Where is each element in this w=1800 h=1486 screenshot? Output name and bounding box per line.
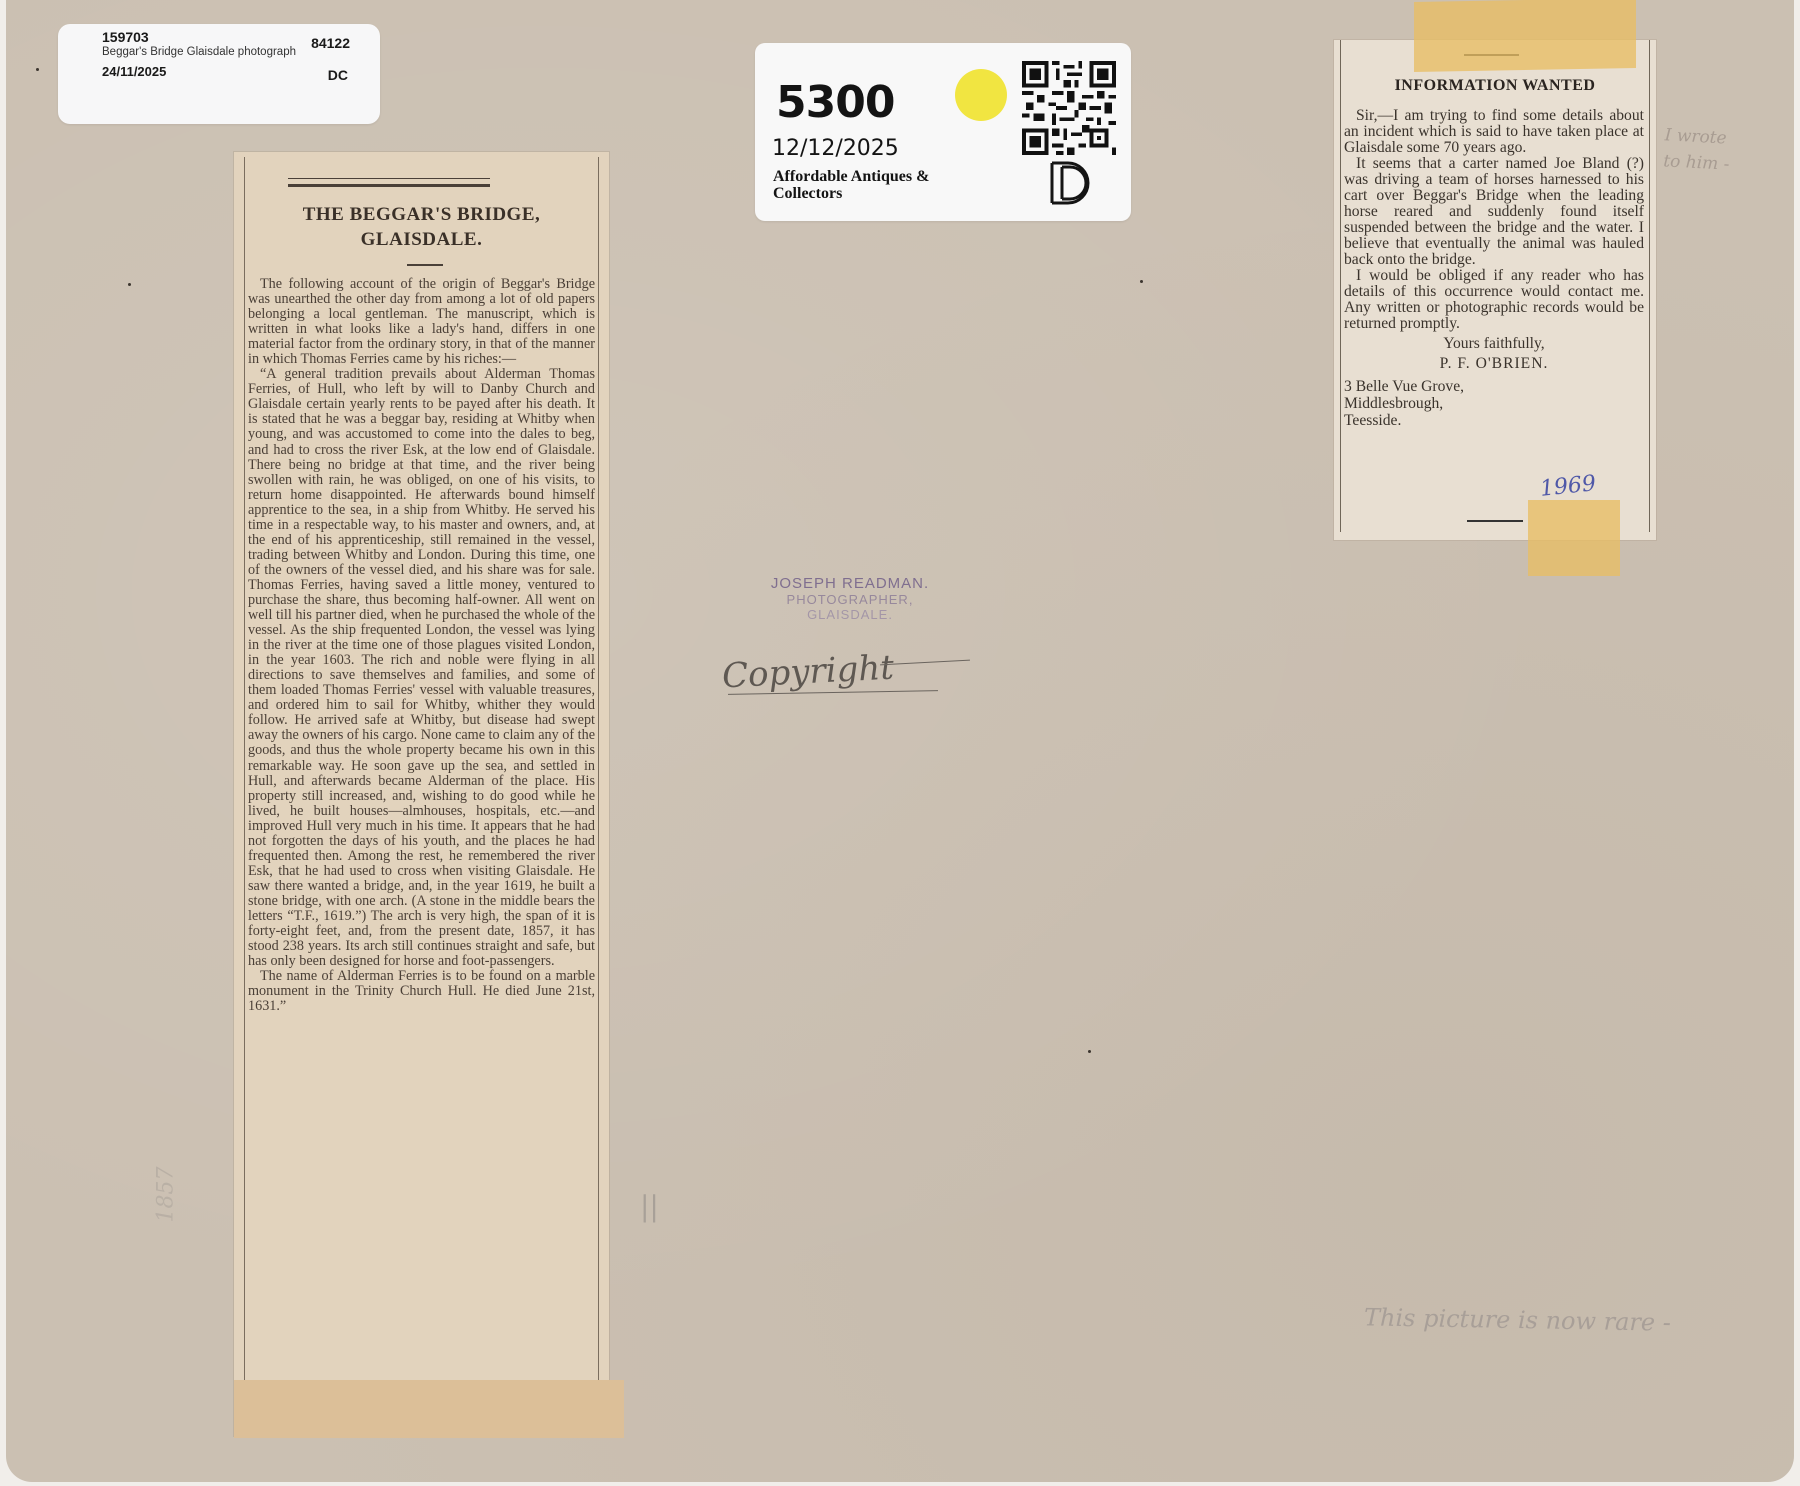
letter-address: 3 Belle Vue Grove, Middlesbrough, Teessi… bbox=[1344, 378, 1644, 429]
inventory-label: 159703 84122 Beggar's Bridge Glaisdale p… bbox=[58, 24, 380, 124]
paragraph: It seems that a carter named Joe Bland (… bbox=[1344, 156, 1644, 268]
paper-tab bbox=[234, 1380, 624, 1438]
pencil-marks: || bbox=[640, 1190, 659, 1223]
newspaper-clipping-beggars-bridge: THE BEGGAR'S BRIDGE, GLAISDALE. The foll… bbox=[234, 152, 609, 1436]
auction-house-name: Affordable Antiques & Collectors bbox=[773, 168, 973, 202]
paragraph: The name of Alderman Ferries is to be fo… bbox=[248, 969, 595, 1014]
handwritten-bottom-note: This picture is now rare - bbox=[1364, 1303, 1671, 1336]
dd-logo-icon bbox=[1048, 161, 1096, 205]
clipping-headline: INFORMATION WANTED bbox=[1334, 77, 1656, 95]
bottom-rule bbox=[1467, 520, 1523, 522]
letter-body: Sir,—I am trying to find some details ab… bbox=[1344, 108, 1644, 429]
adhesive-tape bbox=[1414, 0, 1636, 72]
letter-signoff: Yours faithfully, bbox=[1344, 336, 1644, 352]
auction-lot-label: 5300 12/12/2025 Affordable Antiques & Co… bbox=[755, 43, 1131, 221]
address-line: Middlesbrough, bbox=[1344, 395, 1443, 412]
speck bbox=[1140, 280, 1143, 283]
paragraph: “A general tradition prevails about Alde… bbox=[248, 367, 595, 969]
double-rule bbox=[288, 178, 490, 187]
cataloguer-initials: DC bbox=[328, 67, 348, 83]
headline-line-1: THE BEGGAR'S BRIDGE, bbox=[254, 202, 589, 227]
clipping-body: The following account of the origin of B… bbox=[248, 277, 595, 1014]
yellow-dot-sticker bbox=[955, 69, 1007, 121]
stamp-line-3: GLAISDALE. bbox=[735, 607, 965, 622]
stamp-line-2: PHOTOGRAPHER, bbox=[735, 592, 965, 607]
handwritten-year-faint: 1857 bbox=[154, 1167, 179, 1223]
sale-date: 12/12/2025 bbox=[772, 136, 899, 161]
paragraph: Sir,—I am trying to find some details ab… bbox=[1344, 108, 1644, 156]
adhesive-tape bbox=[1528, 500, 1620, 576]
item-id: 159703 bbox=[102, 29, 149, 45]
paragraph: I would be obliged if any reader who has… bbox=[1344, 268, 1644, 332]
speck bbox=[1088, 1050, 1091, 1053]
label-date: 24/11/2025 bbox=[102, 64, 166, 79]
address-line: Teesside. bbox=[1344, 412, 1401, 429]
headline-line-2: GLAISDALE. bbox=[254, 227, 589, 252]
photographer-stamp: JOSEPH READMAN. PHOTOGRAPHER, GLAISDALE. bbox=[735, 575, 965, 622]
note-line: I wrote bbox=[1664, 122, 1731, 151]
qr-code-icon[interactable] bbox=[1022, 61, 1116, 155]
letter-author: P. F. O'BRIEN. bbox=[1344, 356, 1644, 372]
address-line: 3 Belle Vue Grove, bbox=[1344, 378, 1464, 395]
speck bbox=[36, 68, 39, 71]
stamp-line-1: JOSEPH READMAN. bbox=[735, 575, 965, 592]
newspaper-clipping-information-wanted: INFORMATION WANTED Sir,—I am trying to f… bbox=[1334, 40, 1656, 540]
speck bbox=[128, 283, 131, 286]
note-line: to him - bbox=[1663, 148, 1730, 177]
short-rule bbox=[407, 264, 443, 266]
clipping-headline: THE BEGGAR'S BRIDGE, GLAISDALE. bbox=[254, 202, 589, 252]
paragraph: The following account of the origin of B… bbox=[248, 277, 595, 367]
handwritten-margin-note: I wrote to him - bbox=[1663, 122, 1732, 177]
item-description: Beggar's Bridge Glaisdale photograph bbox=[102, 46, 296, 58]
lot-number: 5300 bbox=[776, 77, 894, 128]
reference-number: 84122 bbox=[311, 35, 350, 51]
